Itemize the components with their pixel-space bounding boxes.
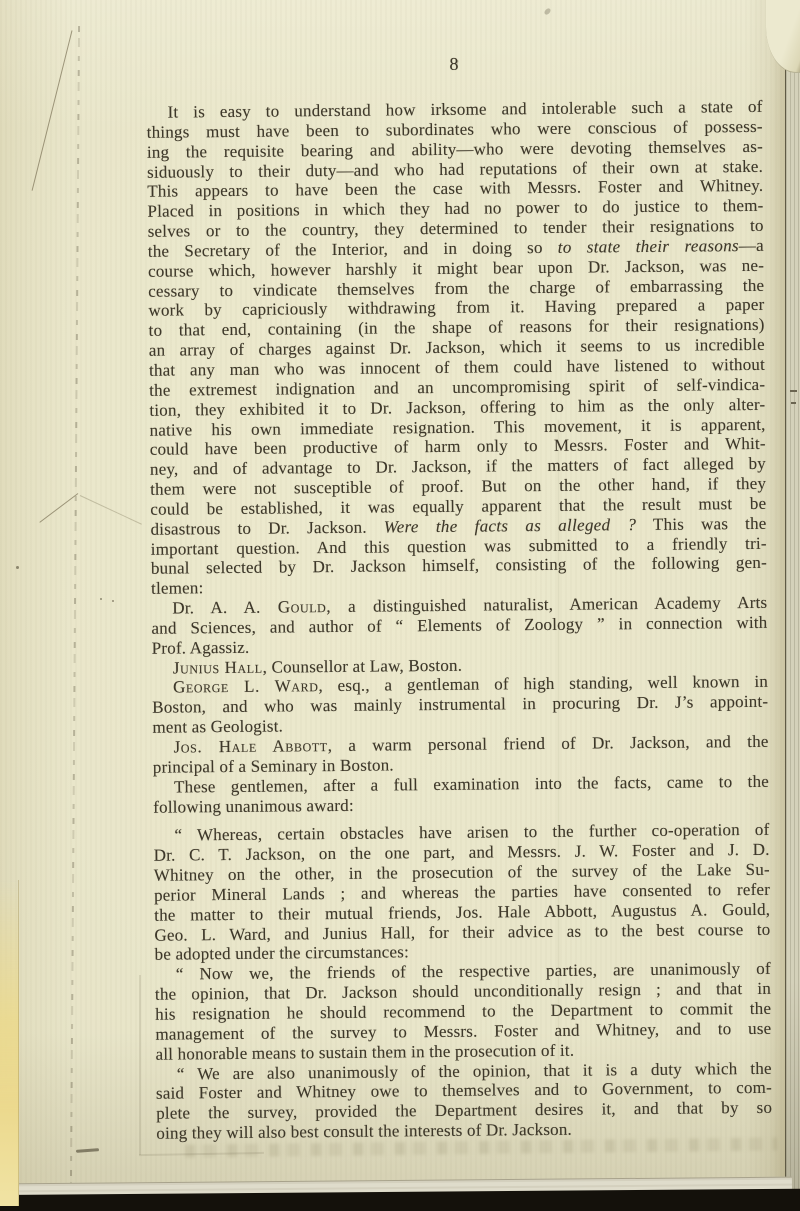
facing-page-text-mark: [790, 390, 797, 392]
ink-speck: [100, 598, 102, 600]
blind-impression-line: [139, 975, 141, 1155]
text-block: 8 It is easy to understand how irksome a…: [146, 51, 772, 1144]
page-stack-edge-yellow: [0, 880, 19, 1206]
facing-page-edge: [785, 0, 800, 1196]
scanned-book-page: 8 It is easy to understand how irksome a…: [0, 0, 800, 1211]
ink-speck: [112, 600, 114, 602]
facing-page-text-mark: [791, 402, 796, 404]
ink-speck: [16, 566, 19, 569]
